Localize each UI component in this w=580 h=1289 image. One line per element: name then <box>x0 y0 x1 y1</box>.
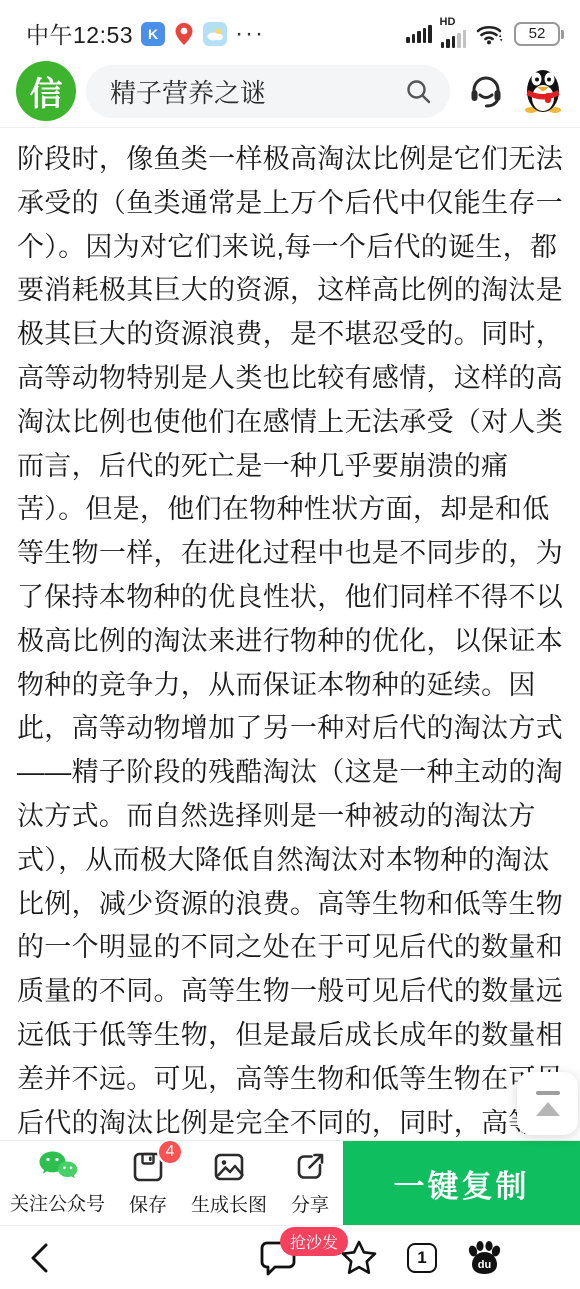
battery-icon: 52 <box>514 22 560 46</box>
article-line: 的一个明显的不同之处在于可见后代的数量和 <box>17 926 565 970</box>
app-header: 信 精子营养之谜 <box>0 55 580 127</box>
search-icon[interactable] <box>405 78 432 105</box>
search-input[interactable]: 精子营养之谜 <box>110 73 405 110</box>
phone-screen: 中午12:53 K ··· HD <box>0 0 580 1289</box>
toolbar-item-label: 分享 <box>291 1190 329 1217</box>
one-click-copy-button[interactable]: 一键复制 <box>343 1141 580 1225</box>
article-line: 了保持本物种的优良性状，他们同样不得不以 <box>17 576 565 620</box>
article-line: 汰方式。而自然选择则是一种被动的淘汰方 <box>17 795 565 839</box>
status-app-icons: K <box>141 22 227 46</box>
qq-penguin-avatar[interactable] <box>520 66 566 116</box>
baidu-paw-button[interactable]: du <box>465 1240 503 1276</box>
paw-du-label: du <box>478 1259 491 1271</box>
wechat-icon <box>38 1150 78 1184</box>
article-line: 后代的淘汰比例是完全不同的，同时，高等生 <box>17 1102 565 1140</box>
location-pin-icon <box>172 22 196 46</box>
tab-count: 1 <box>417 1248 426 1268</box>
follow-official-account-button[interactable]: 关注公众号 <box>10 1150 105 1216</box>
favorite-star-button[interactable] <box>339 1239 379 1277</box>
back-button[interactable] <box>28 1242 50 1274</box>
hd-label: HD <box>440 16 456 28</box>
article-line: 苦）。但是，他们在物种性状方面，却是和低 <box>17 488 565 532</box>
scroll-top-arrow-icon <box>536 1102 560 1116</box>
toolbar-item-label: 生成长图 <box>191 1190 267 1217</box>
article-line: 而言，后代的死亡是一种几乎要崩溃的痛 <box>17 445 565 489</box>
article-line: 物种的竞争力，从而保证本物种的延续。因 <box>17 664 565 708</box>
article-line: 等生物一样，在进化过程中也是不同步的，为 <box>17 532 565 576</box>
status-right-icons: HD 52 <box>406 19 560 48</box>
scroll-to-top-button[interactable] <box>517 1072 578 1135</box>
article-line: 要消耗极其巨大的资源，这样高比例的淘汰是 <box>17 269 565 313</box>
search-bar[interactable]: 精子营养之谜 <box>86 65 450 118</box>
article-line: ——精子阶段的残酷淘汰（这是一种主动的淘 <box>17 751 565 795</box>
article-line: 承受的（鱼类通常是上万个后代中仅能生存一 <box>17 182 565 226</box>
article-line: 极高比例的淘汰来进行物种的优化，以保证本 <box>17 620 565 664</box>
k-app-icon: K <box>141 22 165 46</box>
cell-signal2-hd-icon: HD <box>441 19 467 48</box>
article-line: 此，高等动物增加了另一种对后代的淘汰方式 <box>17 707 565 751</box>
toolbar-item-label: 保存 <box>129 1190 167 1217</box>
customer-service-headset-icon[interactable] <box>466 71 506 111</box>
article-line: 质量的不同。高等生物一般可见后代的数量远 <box>17 970 565 1014</box>
article-line: 高等动物特别是人类也比较有感情，这样的高 <box>17 357 565 401</box>
generate-long-image-button[interactable]: 生成长图 <box>191 1149 267 1217</box>
weather-app-icon <box>203 22 227 46</box>
save-button[interactable]: 保存 4 <box>129 1149 167 1217</box>
cell-signal-icon <box>406 25 432 43</box>
app-logo[interactable]: 信 <box>16 61 76 121</box>
first-comment-badge: 抢沙发 <box>280 1227 348 1256</box>
article-line: 远低于低等生物，但是最后成长成年的数量相 <box>17 1014 565 1058</box>
article-line: 阶段时，像鱼类一样极高淘汰比例是它们无法 <box>17 138 565 182</box>
status-bar: 中午12:53 K ··· HD <box>0 0 580 55</box>
scroll-top-dash <box>536 1091 560 1095</box>
save-count-badge: 4 <box>157 1139 183 1165</box>
article-line: 极其巨大的资源浪费，是不堪忍受的。同时， <box>17 313 565 357</box>
status-more-dots: ··· <box>235 20 265 48</box>
battery-percent: 52 <box>529 25 546 42</box>
article-body: 阶段时，像鱼类一样极高淘汰比例是它们无法 承受的（鱼类通常是上万个后代中仅能生存… <box>0 127 580 1140</box>
article-line: 比例，减少资源的浪费。高等生物和低等生物 <box>17 883 565 927</box>
article-line: 式），从而极大降低自然淘汰对本物种的淘汰 <box>17 839 565 883</box>
action-toolbar: 关注公众号 保存 4 <box>0 1140 580 1225</box>
toolbar-item-label: 关注公众号 <box>10 1189 105 1216</box>
article-line: 差并不远。可见，高等生物和低等生物在可见 <box>17 1058 565 1102</box>
tab-count-button[interactable]: 1 <box>407 1243 437 1273</box>
article-line: 个）。因为对它们来说,每一个后代的诞生，都 <box>17 226 565 270</box>
comments-button[interactable]: 抢沙发 <box>258 1239 298 1277</box>
bottom-nav-bar: 抢沙发 1 du <box>0 1225 580 1289</box>
toolbar-items: 关注公众号 保存 4 <box>0 1141 343 1225</box>
share-icon <box>292 1149 328 1185</box>
status-time: 中午12:53 <box>26 17 133 50</box>
long-image-icon <box>211 1149 247 1185</box>
share-button[interactable]: 分享 <box>291 1149 329 1217</box>
app-logo-glyph: 信 <box>30 68 63 115</box>
wifi-icon <box>475 22 505 46</box>
article-line: 淘汰比例也使他们在感情上无法承受（对人类 <box>17 401 565 445</box>
